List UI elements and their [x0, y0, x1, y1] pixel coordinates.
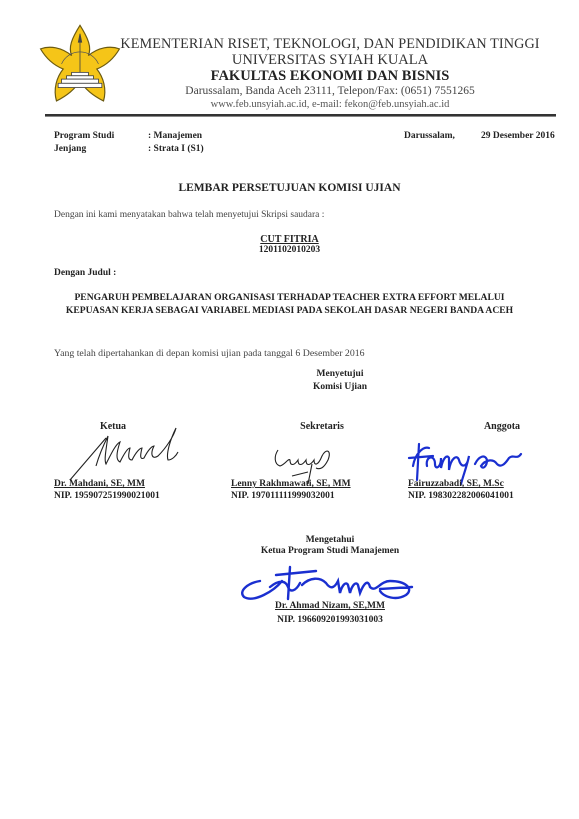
document-title: LEMBAR PERSETUJUAN KOMISI UJIAN: [0, 182, 579, 194]
signatory-nip: NIP. 197011111999032001: [231, 491, 335, 501]
student-name-text: CUT FITRIA: [260, 234, 318, 245]
role-label: Sekretaris: [262, 421, 382, 432]
signatory-name: Dr. Mahdani, SE, MM: [54, 479, 145, 489]
level-value: : Strata I (S1): [148, 144, 204, 154]
university-emblem-icon: [38, 22, 122, 106]
signature-kaprodi-icon: [230, 563, 420, 603]
thesis-title-line-1: PENGARUH PEMBELAJARAN ORGANISASI TERHADA…: [0, 292, 579, 303]
role-label: Anggota: [442, 421, 562, 432]
program-label: Program Studi: [54, 131, 114, 141]
head-of-program-name: Dr. Ahmad Nizam, SE,MM: [220, 601, 440, 611]
university-name: UNIVERSITAS SYIAH KUALA: [120, 52, 540, 69]
thesis-title-label: Dengan Judul :: [54, 268, 116, 278]
head-of-program-title: Ketua Program Studi Manajemen: [220, 546, 440, 556]
signatory-name: Lenny Rakhmawati, SE, MM: [231, 479, 351, 489]
head-of-program-name-text: Dr. Ahmad Nizam, SE,MM: [275, 601, 385, 611]
signature-ketua-icon: [66, 426, 184, 482]
faculty-address: Darussalam, Banda Aceh 23111, Telepon/Fa…: [120, 85, 540, 97]
acknowledged-heading: Mengetahui: [220, 535, 440, 545]
program-value: : Manajemen: [148, 131, 202, 141]
signatory-name: Fairuzzabadi, SE, M.Sc: [408, 479, 504, 489]
letter-place: Darussalam,: [404, 131, 455, 141]
letterhead-divider: [45, 114, 556, 117]
signatory-nip: NIP. 198302282006041001: [408, 491, 514, 501]
ministry-name: KEMENTERIAN RISET, TEKNOLOGI, DAN PENDID…: [120, 36, 540, 53]
letter-date: 29 Desember 2016: [481, 131, 555, 141]
student-name: CUT FITRIA: [0, 234, 579, 245]
intro-text: Dengan ini kami menyatakan bahwa telah m…: [54, 210, 324, 220]
approved-heading: Menyetujui: [250, 369, 430, 379]
level-label: Jenjang: [54, 144, 86, 154]
faculty-name: FAKULTAS EKONOMI DAN BISNIS: [120, 68, 540, 85]
head-of-program-nip: NIP. 196609201993031003: [220, 615, 440, 625]
committee-heading: Komisi Ujian: [250, 382, 430, 392]
faculty-contact: www.feb.unsyiah.ac.id, e-mail: fekon@feb…: [120, 99, 540, 110]
student-id: 1201102010203: [0, 245, 579, 255]
defended-text: Yang telah dipertahankan di depan komisi…: [54, 348, 365, 359]
signatory-nip: NIP. 195907251990021001: [54, 491, 160, 501]
thesis-title-line-2: KEPUASAN KERJA SEBAGAI VARIABEL MEDIASI …: [0, 305, 579, 316]
